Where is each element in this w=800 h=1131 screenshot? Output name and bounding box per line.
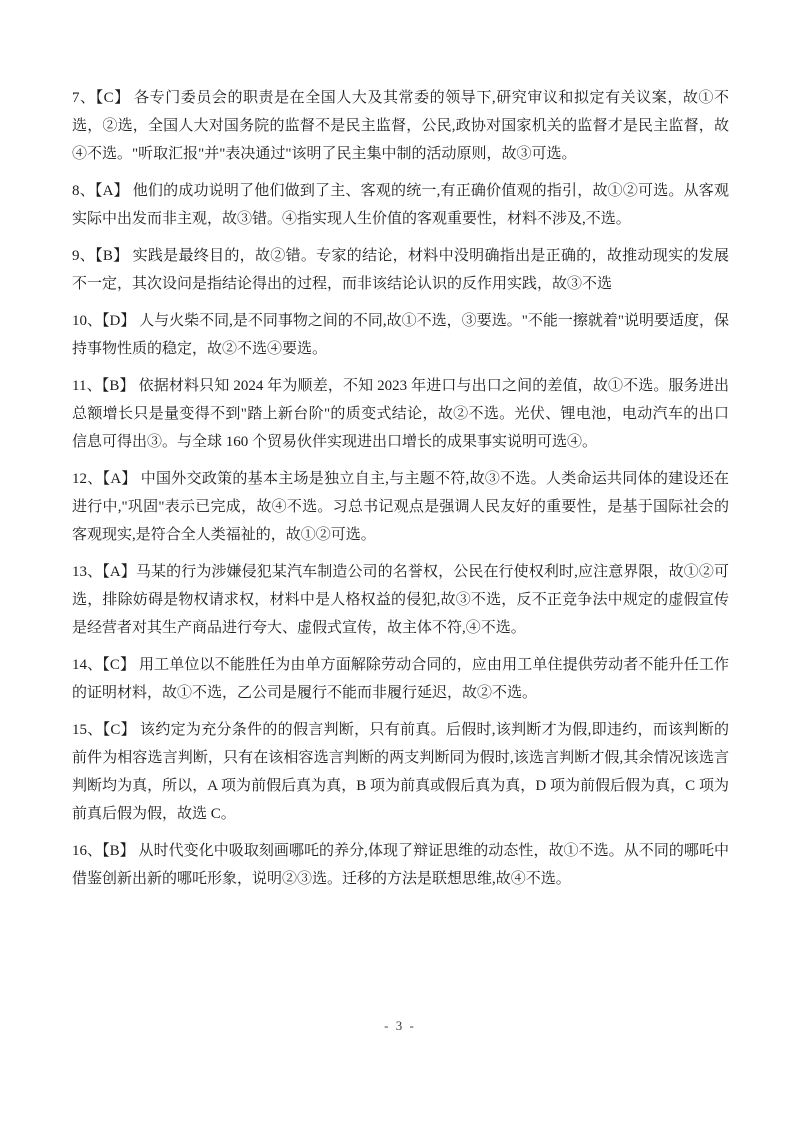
page-footer: - 3 - [0,1018,800,1034]
page-number: - 3 - [384,1018,416,1033]
answer-item-16: 16、【B】 从时代变化中吸取刻画哪吒的养分,体现了辩证思维的动态性，故①不选。… [72,837,729,893]
answer-item-14-label: 14、【C】 [72,657,135,673]
answer-item-15-label: 15、【C】 [72,722,136,738]
document-page: 7、【C】 各专门委员会的职责是在全国人大及其常委的领导下,研究审议和拟定有关议… [0,0,800,1131]
answer-item-15: 15、【C】 该约定为充分条件的的假言判断，只有前真。后假时,该判断才为假,即违… [72,716,729,828]
answer-explanations-section: 7、【C】 各专门委员会的职责是在全国人大及其常委的领导下,研究审议和拟定有关议… [72,84,729,902]
answer-item-7-text: 各专门委员会的职责是在全国人大及其常委的领导下,研究审议和拟定有关议案，故①不选… [72,90,729,162]
answer-item-14-text: 用工单位以不能胜任为由单方面解除劳动合同的，应由用工单住提供劳动者不能升任工作的… [72,657,729,701]
answer-item-16-label: 16、【B】 [72,843,135,859]
answer-item-8-label: 8、【A】 [72,183,129,199]
answer-item-10: 10、【D】 人与火柴不同,是不同事物之间的不同,故①不选，③要选。"不能一擦就… [72,307,729,363]
answer-item-8: 8、【A】 他们的成功说明了他们做到了主、客观的统一,有正确价值观的指引，故①②… [72,177,729,233]
answer-item-12: 12、【A】 中国外交政策的基本主场是独立自主,与主题不符,故③不选。人类命运共… [72,465,729,549]
answer-item-16-text: 从时代变化中吸取刻画哪吒的养分,体现了辩证思维的动态性，故①不选。从不同的哪吒中… [72,843,729,887]
answer-item-7-label: 7、【C】 [72,90,130,106]
answer-item-7: 7、【C】 各专门委员会的职责是在全国人大及其常委的领导下,研究审议和拟定有关议… [72,84,729,168]
answer-item-15-text: 该约定为充分条件的的假言判断，只有前真。后假时,该判断才为假,即违约，而该判断的… [72,722,729,822]
answer-item-9: 9、【B】 实践是最终目的，故②错。专家的结论，材料中没明确指出是正确的，故推动… [72,242,729,298]
answer-item-13-text: 马某的行为涉嫌侵犯某汽车制造公司的名誉权，公民在行使权利时,应注意界限，故①②可… [72,564,729,636]
answer-item-9-text: 实践是最终目的，故②错。专家的结论，材料中没明确指出是正确的，故推动现实的发展不… [72,248,729,292]
answer-item-12-label: 12、【A】 [72,471,137,487]
answer-item-11-text: 依据材料只知 2024 年为顺差，不知 2023 年进口与出口之间的差值，故①不… [72,378,729,450]
answer-item-12-text: 中国外交政策的基本主场是独立自主,与主题不符,故③不选。人类命运共同体的建设还在… [72,471,729,543]
answer-item-9-label: 9、【B】 [72,248,129,264]
answer-item-11-label: 11、【B】 [72,378,135,394]
answer-item-11: 11、【B】 依据材料只知 2024 年为顺差，不知 2023 年进口与出口之间… [72,372,729,456]
answer-item-10-label: 10、【D】 [72,313,135,329]
answer-item-13-label: 13、【A】 [72,564,136,580]
answer-item-10-text: 人与火柴不同,是不同事物之间的不同,故①不选，③要选。"不能一擦就着"说明要适度… [72,313,729,357]
answer-item-14: 14、【C】 用工单位以不能胜任为由单方面解除劳动合同的，应由用工单住提供劳动者… [72,651,729,707]
answer-item-13: 13、【A】马某的行为涉嫌侵犯某汽车制造公司的名誉权，公民在行使权利时,应注意界… [72,558,729,642]
answer-item-8-text: 他们的成功说明了他们做到了主、客观的统一,有正确价值观的指引，故①②可选。从客观… [72,183,729,227]
